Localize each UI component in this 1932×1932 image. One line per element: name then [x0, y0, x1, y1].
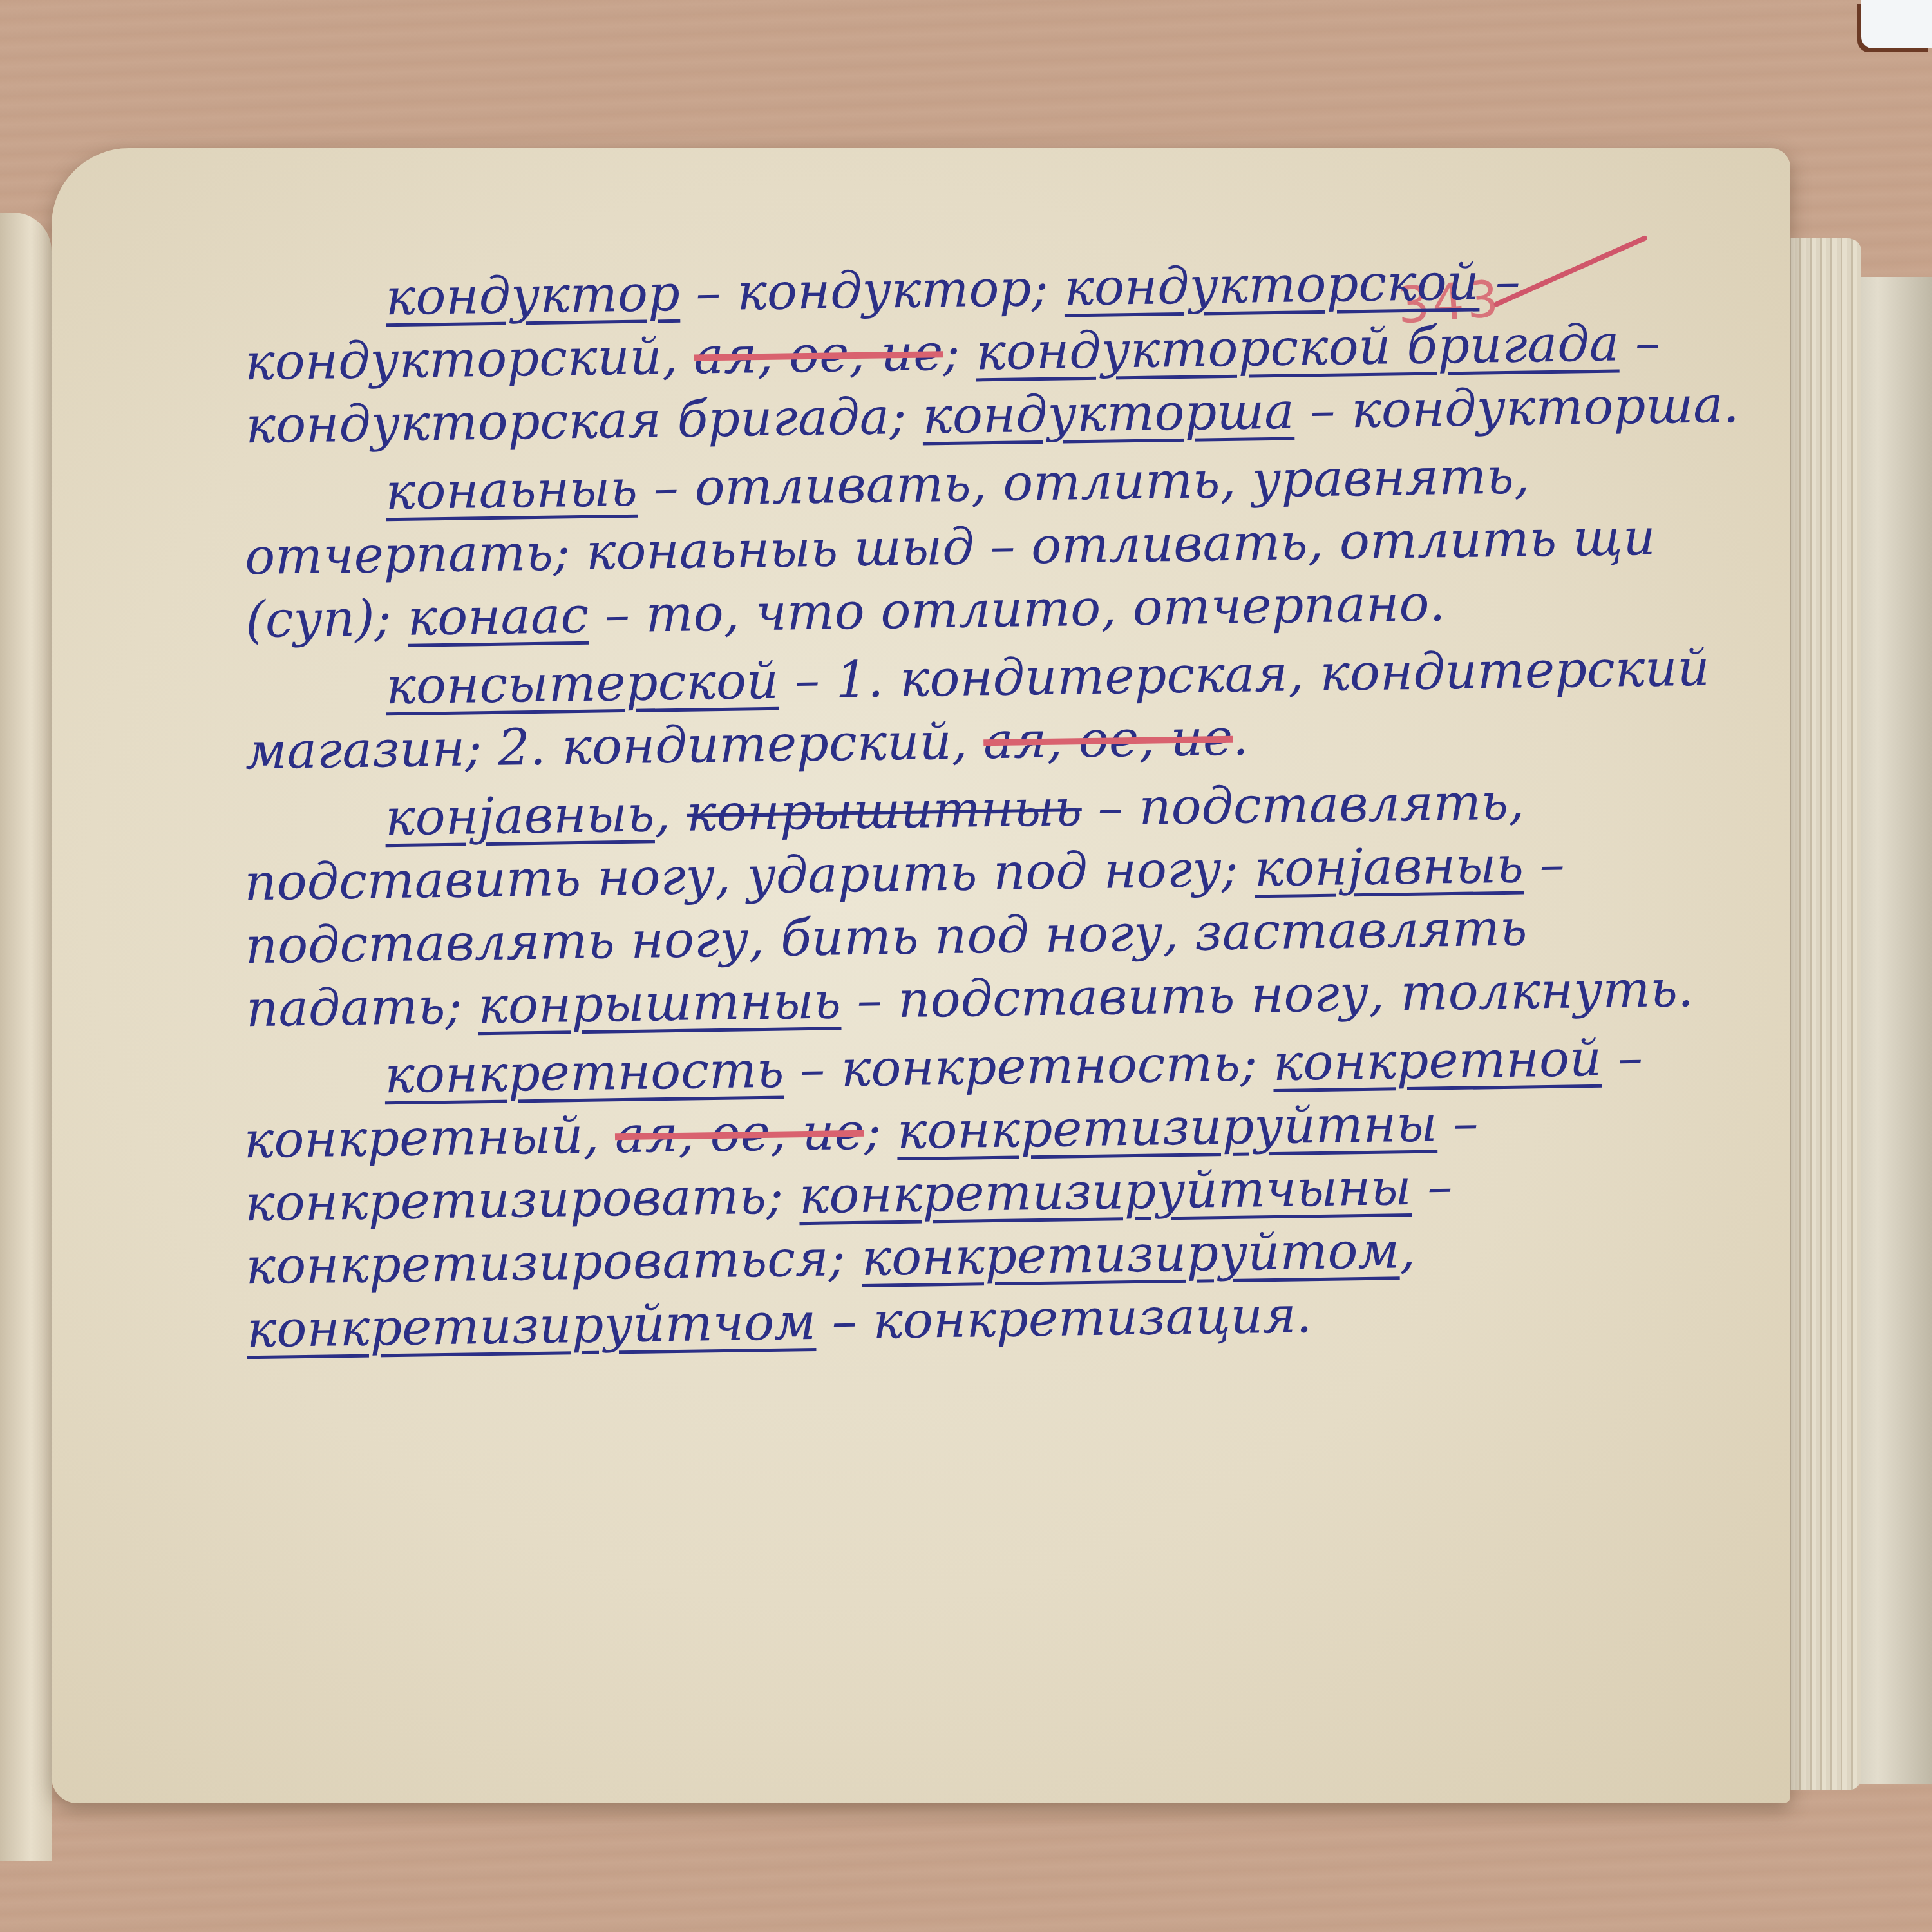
definition-text: . [1232, 709, 1249, 767]
entry-konkretnost: конкретность – конкретность; конкретной … [243, 1025, 1748, 1361]
headword: конрыштныь [478, 972, 842, 1035]
entry-konduktor: кондуктор – кондуктор; кондукторской – к… [243, 247, 1747, 458]
headword: кондукторской [1064, 253, 1480, 317]
headword: конкретной [1273, 1030, 1602, 1092]
headword: конкретизируйтчыны [799, 1159, 1412, 1225]
definition-text: – конкретность; [784, 1034, 1274, 1099]
entry-konjavnye: конјавныь, конрышитныь – подставлять, по… [243, 768, 1747, 1041]
headword: конкретизируйтом [861, 1222, 1400, 1287]
definition-text: – подставить ногу, толкнуть. [840, 960, 1694, 1030]
definition-text: , [1399, 1222, 1416, 1280]
struck-text: конрышитныь [686, 779, 1082, 843]
definition-text: ; [943, 323, 976, 382]
headword: конјавныь [1254, 837, 1524, 898]
dictionary-text: кондуктор – кондуктор; кондукторской – к… [245, 258, 1745, 1351]
definition-text: – конкретизация. [815, 1286, 1312, 1351]
definition-text: – кондукторша. [1294, 376, 1739, 440]
headword: конаас [407, 587, 589, 647]
headword: консытерской [386, 652, 779, 716]
definition-text: – то, что отлито, отчерпано. [589, 574, 1446, 645]
definition-text: ; [864, 1103, 897, 1161]
red-struck-text: ая, ое, ие [983, 709, 1233, 770]
headword: конкретизируйтчом [246, 1293, 816, 1359]
headword: кондукторша [922, 383, 1295, 446]
definition-text: – кондуктор; [679, 259, 1065, 322]
red-struck-text: ая, ое, ие [694, 324, 943, 385]
red-struck-text: ая, ое, ие [614, 1103, 864, 1164]
headword: конкретизируйтны [896, 1095, 1437, 1160]
entry-konsyterskoy: консытерской – 1. кондитерская, кондитер… [244, 636, 1747, 784]
headword: конкретность [384, 1041, 784, 1105]
definition-text: , [654, 785, 687, 844]
headword: кондуктор [385, 265, 680, 327]
left-page-edge [0, 213, 52, 1861]
entry-konaynye: конаьныь – отливать, отлить, уравнять, о… [243, 442, 1747, 652]
headword: конаьныь [385, 460, 638, 521]
white-object-corner [1861, 0, 1932, 48]
headword: кондукторской бригада [976, 314, 1620, 381]
headword: конјавныь [384, 785, 655, 847]
